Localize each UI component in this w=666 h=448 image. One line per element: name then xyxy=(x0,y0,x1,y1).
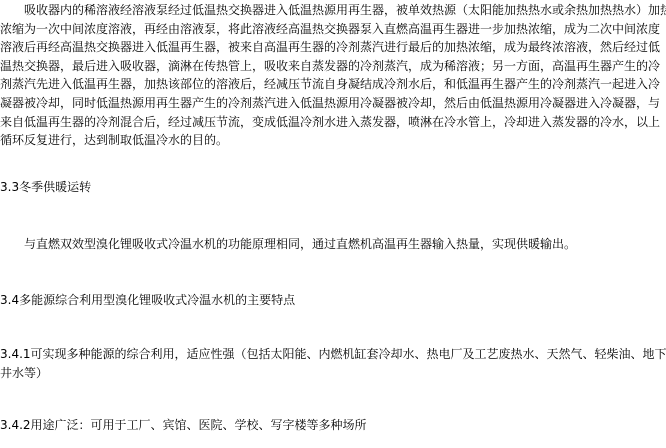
paragraph-line: 3.4.1可实现多种能源的综合利用，适应性强（包括太阳能、内燃机缸套冷却水、热电… xyxy=(0,345,666,364)
section-3-4-1: 3.4.1可实现多种能源的综合利用，适应性强（包括太阳能、内燃机缸套冷却水、热电… xyxy=(0,345,666,382)
paragraph-winter-heating: 与直燃双效型溴化锂吸收式冷温水机的功能原理相同，通过直燃机高温再生器输入热量，实… xyxy=(0,235,576,253)
paragraph-line: 凝器被冷却，同时低温热源用再生器产生的冷剂蒸汽进入低温热源用冷凝器被冷却，然后由… xyxy=(0,94,666,113)
paragraph-line: 吸收器内的稀溶液经溶液泵经过低温热交换器进入低温热源用再生器，被单效热源（太阳能… xyxy=(0,1,666,20)
paragraph-line: 剂蒸汽先进入低温再生器，加热该部位的溶液后，经减压节流自身凝结成冷剂水后，和低温… xyxy=(0,75,666,94)
section-heading-3-3: 3.3冬季供暖运转 xyxy=(0,178,91,196)
section-heading-3-4: 3.4多能源综合利用型溴化锂吸收式冷温水机的主要特点 xyxy=(0,291,295,309)
section-heading-3-4-2: 3.4.2用途广泛：可用于工厂、宾馆、医院、学校、写字楼等多种场所 xyxy=(0,416,367,434)
paragraph-line: 溶液后再经高温热交换器进入低温再生器，被来自高温再生器的冷剂蒸汽进行最后的加热浓… xyxy=(0,38,666,57)
paragraph-line: 循环反复进行，达到制取低温冷水的目的。 xyxy=(0,131,666,150)
paragraph-cooling-cycle: 吸收器内的稀溶液经溶液泵经过低温热交换器进入低温热源用再生器，被单效热源（太阳能… xyxy=(0,1,666,150)
paragraph-line: 来自低温再生器的冷剂混合后，经过减压节流，变成低温冷剂水进入蒸发器，喷淋在冷水管… xyxy=(0,113,666,132)
paragraph-line: 井水等） xyxy=(0,364,666,383)
paragraph-line: 温热交换器，最后进入吸收器，滴淋在传热管上，吸收来自蒸发器的冷剂蒸汽，成为稀溶液… xyxy=(0,57,666,76)
paragraph-line: 浓缩为一次中间浓度溶液，再经由溶液泵，将此溶液经高温热交换器泵入直燃高温再生器进… xyxy=(0,20,666,39)
